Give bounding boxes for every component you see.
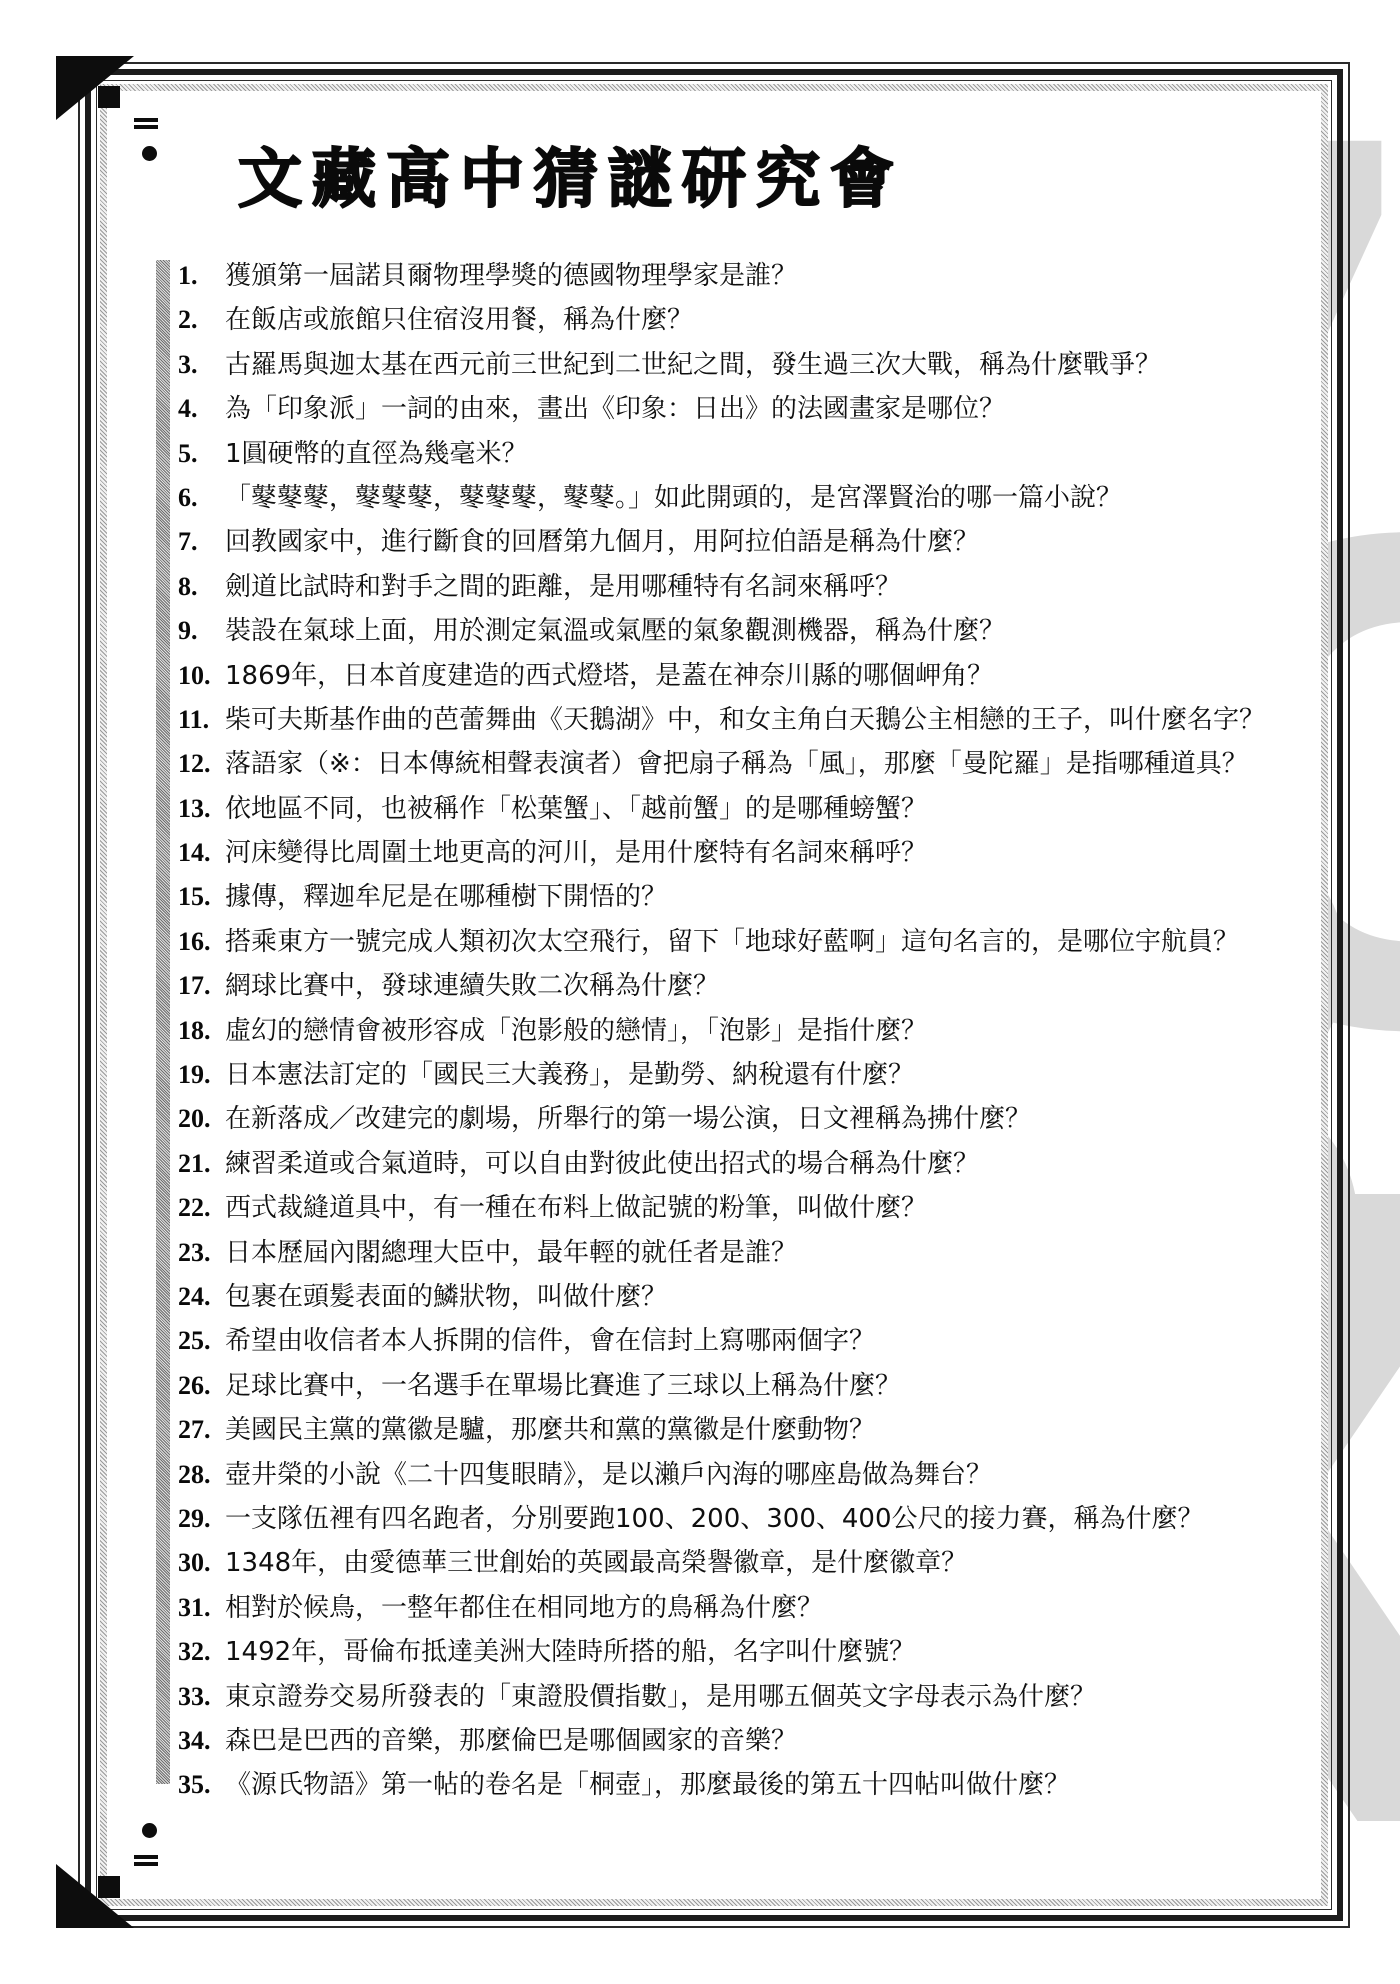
question-item: 34. 森巴是巴西的音樂，那麼倫巴是哪個國家的音樂？ — [178, 1727, 1340, 1771]
question-text: 據傳，釋迦牟尼是在哪種樹下開悟的？ — [225, 883, 667, 911]
question-item: 27. 美國民主黨的黨徽是驢，那麼共和黨的黨徽是什麼動物？ — [178, 1416, 1340, 1460]
question-number: 13. — [178, 795, 225, 823]
question-text: 裝設在氣球上面，用於測定氣溫或氣壓的氣象觀測機器，稱為什麼？ — [225, 617, 1005, 645]
corner-bar-bottom-left-1 — [134, 1862, 158, 1866]
question-text: 劍道比試時和對手之間的距離，是用哪種特有名詞來稱呼？ — [225, 573, 901, 601]
question-item: 11. 柴可夫斯基作曲的芭蕾舞曲《天鵝湖》中，和女主角白天鵝公主相戀的王子，叫什… — [178, 706, 1340, 750]
question-item: 18. 虛幻的戀情會被形容成「泡影般的戀情」，「泡影」是指什麼？ — [178, 1017, 1340, 1061]
question-number: 16. — [178, 928, 225, 956]
question-text: 1869年，日本首度建造的西式燈塔，是蓋在神奈川縣的哪個岬角？ — [225, 662, 993, 690]
question-number: 23. — [178, 1239, 225, 1267]
question-item: 5. 1圓硬幣的直徑為幾毫米？ — [178, 440, 1340, 484]
question-number: 8. — [178, 573, 225, 601]
question-item: 28. 壺井榮的小說《二十四隻眼睛》，是以瀨戶內海的哪座島做為舞台？ — [178, 1461, 1340, 1505]
question-item: 14. 河床變得比周圍土地更高的河川，是用什麼特有名詞來稱呼？ — [178, 839, 1340, 883]
question-item: 12. 落語家（※：日本傳統相聲表演者）會把扇子稱為「風」，那麼「曼陀羅」是指哪… — [178, 750, 1340, 794]
question-item: 7. 回教國家中，進行斷食的回曆第九個月，用阿拉伯語是稱為什麼？ — [178, 528, 1340, 572]
corner-bar-bottom-left-2 — [134, 1855, 158, 1859]
question-text: 在飯店或旅館只住宿沒用餐，稱為什麼？ — [225, 306, 693, 334]
question-text: 古羅馬與迦太基在西元前三世紀到二世紀之間，發生過三次大戰，稱為什麼戰爭？ — [225, 351, 1161, 379]
question-item: 25. 希望由收信者本人拆開的信件，會在信封上寫哪兩個字？ — [178, 1327, 1340, 1371]
question-text: 相對於候鳥，一整年都住在相同地方的鳥稱為什麼？ — [225, 1594, 823, 1622]
question-text: 《源氏物語》第一帖的卷名是「桐壺」，那麼最後的第五十四帖叫做什麼？ — [225, 1771, 1070, 1799]
question-text: 柴可夫斯基作曲的芭蕾舞曲《天鵝湖》中，和女主角白天鵝公主相戀的王子，叫什麼名字？ — [225, 706, 1265, 734]
question-number: 9. — [178, 617, 225, 645]
question-text: 一支隊伍裡有四名跑者，分別要跑100、200、300、400公尺的接力賽，稱為什… — [225, 1505, 1204, 1533]
question-text: 網球比賽中，發球連續失敗二次稱為什麼？ — [225, 972, 719, 1000]
question-item: 10. 1869年，日本首度建造的西式燈塔，是蓋在神奈川縣的哪個岬角？ — [178, 662, 1340, 706]
question-number: 4. — [178, 395, 225, 423]
side-hatch-strip — [156, 260, 170, 1784]
corner-bar-top-left-1 — [134, 118, 158, 122]
question-number: 28. — [178, 1461, 225, 1489]
question-number: 19. — [178, 1061, 225, 1089]
question-item: 1. 獲頒第一屆諾貝爾物理學獎的德國物理學家是誰？ — [178, 262, 1340, 306]
question-number: 25. — [178, 1327, 225, 1355]
question-list: 1. 獲頒第一屆諾貝爾物理學獎的德國物理學家是誰？ 2. 在飯店或旅館只住宿沒用… — [178, 262, 1340, 1816]
question-item: 9. 裝設在氣球上面，用於測定氣溫或氣壓的氣象觀測機器，稱為什麼？ — [178, 617, 1340, 661]
question-text: 希望由收信者本人拆開的信件，會在信封上寫哪兩個字？ — [225, 1327, 875, 1355]
question-item: 8. 劍道比試時和對手之間的距離，是用哪種特有名詞來稱呼？ — [178, 573, 1340, 617]
question-number: 31. — [178, 1594, 225, 1622]
question-number: 34. — [178, 1727, 225, 1755]
question-text: 包裹在頭髮表面的鱗狀物，叫做什麼？ — [225, 1283, 667, 1311]
question-number: 26. — [178, 1372, 225, 1400]
question-text: 森巴是巴西的音樂，那麼倫巴是哪個國家的音樂？ — [225, 1727, 797, 1755]
question-text: 西式裁縫道具中，有一種在布料上做記號的粉筆，叫做什麼？ — [225, 1194, 927, 1222]
question-item: 15. 據傳，釋迦牟尼是在哪種樹下開悟的？ — [178, 883, 1340, 927]
question-number: 21. — [178, 1150, 225, 1178]
question-item: 13. 依地區不同，也被稱作「松葉蟹」、「越前蟹」的是哪種螃蟹？ — [178, 795, 1340, 839]
question-number: 15. — [178, 883, 225, 911]
question-number: 33. — [178, 1683, 225, 1711]
question-text: 為「印象派」一詞的由來，畫出《印象：日出》的法國畫家是哪位？ — [225, 395, 1005, 423]
question-number: 30. — [178, 1549, 225, 1577]
question-number: 12. — [178, 750, 225, 778]
question-number: 29. — [178, 1505, 225, 1533]
question-text: 落語家（※：日本傳統相聲表演者）會把扇子稱為「風」，那麼「曼陀羅」是指哪種道具？ — [225, 750, 1248, 778]
question-item: 31. 相對於候鳥，一整年都住在相同地方的鳥稱為什麼？ — [178, 1594, 1340, 1638]
corner-dot-bottom-left — [142, 1823, 157, 1838]
question-item: 23. 日本歷屆內閣總理大臣中，最年輕的就任者是誰？ — [178, 1239, 1340, 1283]
question-text: 依地區不同，也被稱作「松葉蟹」、「越前蟹」的是哪種螃蟹？ — [225, 795, 927, 823]
question-number: 3. — [178, 351, 225, 379]
question-number: 7. — [178, 528, 225, 556]
question-item: 21. 練習柔道或合氣道時，可以自由對彼此使出招式的場合稱為什麼？ — [178, 1150, 1340, 1194]
question-text: 東京證券交易所發表的「東證股價指數」，是用哪五個英文字母表示為什麼？ — [225, 1683, 1096, 1711]
question-item: 24. 包裹在頭髮表面的鱗狀物，叫做什麼？ — [178, 1283, 1340, 1327]
question-number: 27. — [178, 1416, 225, 1444]
question-text: 虛幻的戀情會被形容成「泡影般的戀情」，「泡影」是指什麼？ — [225, 1017, 927, 1045]
question-number: 24. — [178, 1283, 225, 1311]
question-item: 3. 古羅馬與迦太基在西元前三世紀到二世紀之間，發生過三次大戰，稱為什麼戰爭？ — [178, 351, 1340, 395]
question-number: 6. — [178, 484, 225, 512]
question-item: 33. 東京證券交易所發表的「東證股價指數」，是用哪五個英文字母表示為什麼？ — [178, 1683, 1340, 1727]
question-number: 11. — [178, 706, 225, 734]
question-number: 5. — [178, 440, 225, 468]
question-text: 獲頒第一屆諾貝爾物理學獎的德國物理學家是誰？ — [225, 262, 797, 290]
page-title: 文藏高中猜謎研究會 — [238, 128, 904, 220]
question-item: 20. 在新落成／改建完的劇場，所舉行的第一場公演，日文裡稱為拂什麼？ — [178, 1105, 1340, 1149]
question-text: 練習柔道或合氣道時，可以自由對彼此使出招式的場合稱為什麼？ — [225, 1150, 979, 1178]
question-text: 美國民主黨的黨徽是驢，那麼共和黨的黨徽是什麼動物？ — [225, 1416, 875, 1444]
question-number: 35. — [178, 1771, 225, 1799]
question-item: 19. 日本憲法訂定的「國民三大義務」，是勤勞、納稅還有什麼？ — [178, 1061, 1340, 1105]
question-item: 30. 1348年，由愛德華三世創始的英國最高榮譽徽章，是什麼徽章？ — [178, 1549, 1340, 1593]
question-number: 14. — [178, 839, 225, 867]
question-text: 1348年，由愛德華三世創始的英國最高榮譽徽章，是什麼徽章？ — [225, 1549, 967, 1577]
question-item: 16. 搭乘東方一號完成人類初次太空飛行，留下「地球好藍啊」這句名言的，是哪位宇… — [178, 928, 1340, 972]
question-number: 10. — [178, 662, 225, 690]
question-number: 1. — [178, 262, 225, 290]
question-item: 17. 網球比賽中，發球連續失敗二次稱為什麼？ — [178, 972, 1340, 1016]
corner-square-top-left — [98, 86, 120, 108]
corner-dot-top-left — [142, 146, 157, 161]
question-item: 2. 在飯店或旅館只住宿沒用餐，稱為什麼？ — [178, 306, 1340, 350]
question-number: 20. — [178, 1105, 225, 1133]
question-item: 32. 1492年，哥倫布抵達美洲大陸時所搭的船，名字叫什麼號？ — [178, 1638, 1340, 1682]
question-text: 河床變得比周圍土地更高的河川，是用什麼特有名詞來稱呼？ — [225, 839, 927, 867]
manga-quiz-page: 7 O 3 X 文藏高中猜謎研究會 1. 獲頒第一屆諾貝爾物理學獎的德國物理學家… — [0, 0, 1400, 1984]
question-text: 1圓硬幣的直徑為幾毫米？ — [225, 440, 528, 468]
question-number: 18. — [178, 1017, 225, 1045]
question-item: 4. 為「印象派」一詞的由來，畫出《印象：日出》的法國畫家是哪位？ — [178, 395, 1340, 439]
question-number: 17. — [178, 972, 225, 1000]
question-text: 日本歷屆內閣總理大臣中，最年輕的就任者是誰？ — [225, 1239, 797, 1267]
question-text: 回教國家中，進行斷食的回曆第九個月，用阿拉伯語是稱為什麼？ — [225, 528, 979, 556]
corner-square-bottom-left — [98, 1876, 120, 1898]
question-item: 26. 足球比賽中，一名選手在單場比賽進了三球以上稱為什麼？ — [178, 1372, 1340, 1416]
question-item: 35. 《源氏物語》第一帖的卷名是「桐壺」，那麼最後的第五十四帖叫做什麼？ — [178, 1771, 1340, 1815]
question-text: 搭乘東方一號完成人類初次太空飛行，留下「地球好藍啊」這句名言的，是哪位宇航員？ — [225, 928, 1239, 956]
question-item: 29. 一支隊伍裡有四名跑者，分別要跑100、200、300、400公尺的接力賽… — [178, 1505, 1340, 1549]
question-text: 1492年，哥倫布抵達美洲大陸時所搭的船，名字叫什麼號？ — [225, 1638, 915, 1666]
question-text: 壺井榮的小說《二十四隻眼睛》，是以瀨戶內海的哪座島做為舞台？ — [225, 1461, 992, 1489]
question-text: 在新落成／改建完的劇場，所舉行的第一場公演，日文裡稱為拂什麼？ — [225, 1105, 1031, 1133]
question-text: 「鼕鼕鼕，鼕鼕鼕，鼕鼕鼕，鼕鼕。」如此開頭的，是宮澤賢治的哪一篇小說？ — [225, 484, 1122, 512]
question-text: 日本憲法訂定的「國民三大義務」，是勤勞、納稅還有什麼？ — [225, 1061, 914, 1089]
question-number: 22. — [178, 1194, 225, 1222]
question-number: 32. — [178, 1638, 225, 1666]
question-item: 6. 「鼕鼕鼕，鼕鼕鼕，鼕鼕鼕，鼕鼕。」如此開頭的，是宮澤賢治的哪一篇小說？ — [178, 484, 1340, 528]
question-number: 2. — [178, 306, 225, 334]
corner-bar-top-left-2 — [134, 125, 158, 129]
question-item: 22. 西式裁縫道具中，有一種在布料上做記號的粉筆，叫做什麼？ — [178, 1194, 1340, 1238]
question-text: 足球比賽中，一名選手在單場比賽進了三球以上稱為什麼？ — [225, 1372, 901, 1400]
